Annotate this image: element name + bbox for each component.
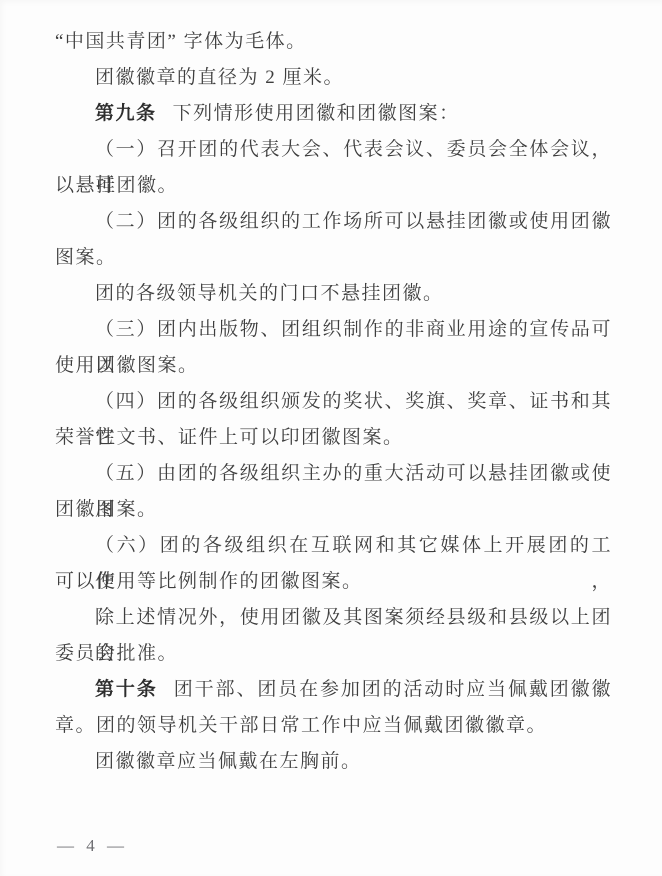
line-text: （二）团的各级组织的工作场所可以悬挂团徽或使用团徽 [95, 211, 612, 232]
text-line: （二）团的各级组织的工作场所可以悬挂团徽或使用团徽 [55, 204, 612, 240]
line-text: 团徽徽章应当佩戴在左胸前。 [95, 751, 362, 772]
text-line: 团的各级领导机关的门口不悬挂团徽。 [55, 276, 612, 312]
line-text: 下列情形使用团徽和团徽图案： [173, 103, 460, 124]
line-text: 可以使用等比例制作的团徽图案。 [55, 571, 363, 592]
text-line: 团徽徽章应当佩戴在左胸前。 [55, 744, 612, 780]
text-line: 第九条下列情形使用团徽和团徽图案： [55, 96, 612, 132]
text-line: 以悬挂团徽。 [55, 168, 612, 204]
text-line: 第十条团干部、团员在参加团的活动时应当佩戴团徽徽 [55, 672, 612, 708]
line-text: “中国共青团” 字体为毛体。 [55, 31, 307, 52]
text-line: “中国共青团” 字体为毛体。 [55, 24, 612, 60]
line-text: 团干部、团员在参加团的活动时应当佩戴团徽徽 [174, 679, 612, 700]
document-body: “中国共青团” 字体为毛体。 团徽徽章的直径为 2 厘米。 第九条下列情形使用团… [55, 24, 612, 780]
text-line: 章。团的领导机关干部日常工作中应当佩戴团徽徽章。 [55, 708, 612, 744]
text-line: （四）团的各级组织颁发的奖状、奖旗、奖章、证书和其它 [55, 384, 612, 420]
text-line: 团徽徽章的直径为 2 厘米。 [55, 60, 612, 96]
line-text: 以悬挂团徽。 [55, 175, 178, 196]
page-number: — 4 — [57, 836, 128, 856]
line-text: 团徽图案。 [55, 499, 158, 520]
text-line: （三）团内出版物、团组织制作的非商业用途的宣传品可以 [55, 312, 612, 348]
text-line: （一）召开团的代表大会、代表会议、委员会全体会议，可 [55, 132, 612, 168]
line-text: 团的各级领导机关的门口不悬挂团徽。 [95, 283, 444, 304]
text-line: 图案。 [55, 240, 612, 276]
line-text: 章。团的领导机关干部日常工作中应当佩戴团徽徽章。 [55, 715, 547, 736]
article-number: 第十条 [95, 679, 158, 700]
text-line: 委员会批准。 [55, 636, 612, 672]
article-number: 第九条 [95, 103, 157, 124]
line-text: 团徽徽章的直径为 2 厘米。 [95, 67, 344, 88]
line-text: 图案。 [55, 247, 117, 268]
text-line: 团徽图案。 [55, 492, 612, 528]
text-line: 荣誉性文书、证件上可以印团徽图案。 [55, 420, 612, 456]
line-text: 委员会批准。 [55, 643, 178, 664]
text-line: 除上述情况外，使用团徽及其图案须经县级和县级以上团的 [55, 600, 612, 636]
text-line: 使用团徽图案。 [55, 348, 612, 384]
text-line: （五）由团的各级组织主办的重大活动可以悬挂团徽或使用 [55, 456, 612, 492]
line-text: 荣誉性文书、证件上可以印团徽图案。 [55, 427, 404, 448]
document-page: “中国共青团” 字体为毛体。 团徽徽章的直径为 2 厘米。 第九条下列情形使用团… [0, 0, 662, 876]
line-text: 使用团徽图案。 [55, 355, 199, 376]
text-line: （六）团的各级组织在互联网和其它媒体上开展团的工作， [55, 528, 612, 564]
